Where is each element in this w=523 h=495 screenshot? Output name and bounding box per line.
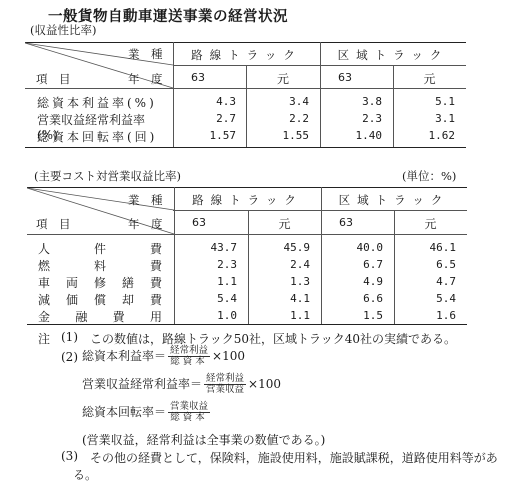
row-label-char: 人: [38, 240, 50, 257]
row-label-char: 修: [94, 274, 106, 291]
formula-lhs: 総資本利益率＝: [82, 349, 166, 363]
cell-value: 1.1: [174, 275, 237, 288]
note-2-parenthetical: (営業収益，経常利益は全事業の数値である。): [82, 431, 325, 448]
cell-value: 2.4: [248, 258, 310, 271]
cell-value: 5.4: [174, 292, 237, 305]
cell-value: 2.3: [320, 112, 382, 125]
cell-value: 46.1: [394, 241, 456, 254]
cell-value: 1.1: [248, 309, 310, 322]
group-header-route-truck: 路線トラック: [173, 47, 320, 63]
note-1-number: (1): [61, 330, 78, 344]
table2-caption: (主要コスト対営業収益比率): [34, 168, 181, 184]
cell-value: 4.3: [173, 95, 236, 108]
table1-bottom-rule: [25, 147, 466, 148]
row-label: 金 融 費 用: [38, 308, 162, 325]
corner-item-label: 項 目: [36, 71, 71, 87]
row-label: 総資本利益率(%): [37, 94, 165, 111]
row-label: 減 価 償 却 費: [38, 291, 162, 308]
year-header: 63: [174, 216, 224, 229]
row-label-char: 費: [150, 291, 162, 308]
cell-value: 4.7: [394, 275, 456, 288]
cell-value: 1.57: [173, 129, 236, 142]
corner-year-label: 年 度: [128, 216, 163, 232]
cell-value: 3.1: [393, 112, 455, 125]
row-label-char: 価: [66, 291, 78, 308]
cell-value: 6.7: [321, 258, 383, 271]
formula-total-capital-return: 総資本利益率＝経常利益総資本×100: [82, 346, 245, 367]
cell-value: 5.1: [393, 95, 455, 108]
cell-value: 6.5: [394, 258, 456, 271]
note-3-text: その他の経費として，保険料，施設使用料，施設賦課税，道路使用料等があ: [90, 449, 498, 466]
row-label-char: 減: [38, 291, 50, 308]
corner-year-label: 年 度: [128, 71, 163, 87]
cell-value: 40.0: [321, 241, 383, 254]
row-label: 総資本回転率(回): [37, 128, 165, 145]
row-label-char: 費: [150, 274, 162, 291]
row-label-char: 車: [38, 274, 50, 291]
row-label: 燃 料 費: [38, 257, 162, 274]
row-label-char: 費: [113, 308, 125, 325]
note-3-number: (3): [61, 449, 78, 463]
cell-value: 43.7: [174, 241, 237, 254]
year-header: 元: [248, 215, 321, 232]
year-header: 63: [173, 71, 223, 84]
group-header-route-truck: 路線トラック: [174, 192, 321, 208]
formula-multiplier: ×100: [248, 377, 281, 391]
cell-value: 2.3: [174, 258, 237, 271]
note-prefix: 注: [38, 330, 50, 347]
formula-operating-ordinary-margin: 営業収益経常利益率＝経常利益営業収益×100: [82, 374, 281, 395]
cell-value: 5.4: [394, 292, 456, 305]
note-3-text-continued: る。: [73, 466, 97, 483]
row-label-char: 金: [38, 308, 50, 325]
formula-multiplier: ×100: [212, 349, 245, 363]
formula-fraction: 経常利益総資本: [168, 346, 210, 367]
row-label-char: 却: [122, 291, 134, 308]
table2-header-divider: [173, 210, 467, 211]
cell-value: 3.8: [320, 95, 382, 108]
row-label-char: 繕: [122, 274, 134, 291]
year-header: 63: [320, 71, 370, 84]
cell-value: 6.6: [321, 292, 383, 305]
year-header: 元: [394, 215, 467, 232]
cell-value: 1.3: [248, 275, 310, 288]
cell-value: 2.7: [173, 112, 236, 125]
cell-value: 45.9: [248, 241, 310, 254]
note-2-number: (2): [61, 350, 78, 364]
formula-lhs: 営業収益経常利益率＝: [82, 377, 202, 391]
note-1-text: この数値は，路線トラック50社，区域トラック40社の実績である。: [90, 330, 456, 347]
year-header: 63: [321, 216, 371, 229]
row-label: 車 両 修 繕 費: [38, 274, 162, 291]
cell-value: 1.5: [321, 309, 383, 322]
formula-denominator: 総資本: [170, 357, 208, 367]
formula-total-capital-turnover: 総資本回転率＝営業収益総資本: [82, 402, 212, 423]
formula-fraction: 営業収益総資本: [168, 402, 210, 423]
row-label-char: 融: [75, 308, 87, 325]
cell-value: 1.6: [394, 309, 456, 322]
group-header-area-truck: 区域トラック: [321, 192, 467, 208]
row-label-char: 燃: [38, 257, 50, 274]
cell-value: 1.55: [246, 129, 309, 142]
unit-label: (単位：%): [402, 168, 456, 184]
corner-industry-label: 業 種: [128, 46, 163, 62]
year-header: 元: [246, 70, 320, 87]
corner-industry-label: 業 種: [128, 192, 163, 208]
row-label-char: 料: [94, 257, 106, 274]
row-label: 人 件 費: [38, 240, 162, 257]
row-label-char: 費: [150, 257, 162, 274]
cell-value: 3.4: [246, 95, 309, 108]
formula-lhs: 総資本回転率＝: [82, 405, 166, 419]
cell-value: 1.0: [174, 309, 237, 322]
corner-item-label: 項 目: [36, 216, 71, 232]
row-label-char: 用: [150, 308, 162, 325]
group-header-area-truck: 区域トラック: [320, 47, 466, 63]
cell-value: 1.40: [320, 129, 382, 142]
row-label-char: 費: [150, 240, 162, 257]
cell-value: 4.1: [248, 292, 310, 305]
formula-fraction: 経常利益営業収益: [204, 374, 246, 395]
cell-value: 2.2: [246, 112, 309, 125]
formula-denominator: 営業収益: [206, 385, 244, 395]
row-label-char: 償: [94, 291, 106, 308]
table1-caption: (収益性比率): [30, 22, 96, 38]
row-label-char: 件: [94, 240, 106, 257]
cell-value: 4.9: [321, 275, 383, 288]
formula-denominator: 総資本: [170, 413, 208, 423]
cell-value: 1.62: [393, 129, 455, 142]
year-header: 元: [393, 70, 466, 87]
row-label-char: 両: [66, 274, 78, 291]
